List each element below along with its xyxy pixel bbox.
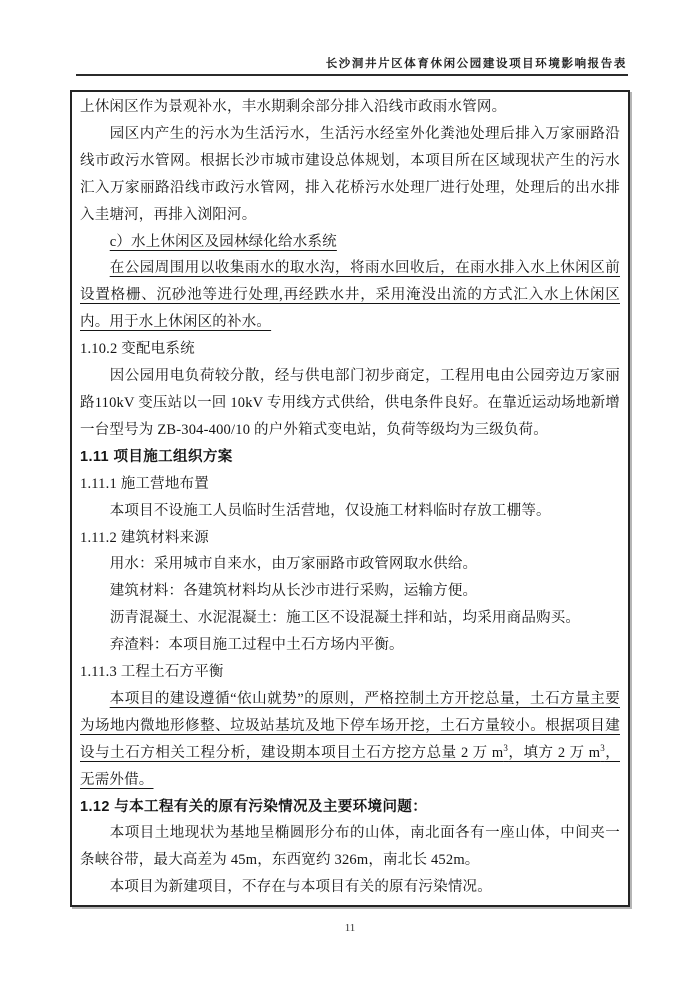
paragraph-water-supply: 用水：采用城市自来水，由万家丽路市政管网取水供给。 [80,551,620,578]
paragraph-surroundings: 根据对本项目周边环境状况调查，周边无工矿企业，周边主要环境问题为公路交通 [80,901,620,907]
paragraph-new-project: 本项目为新建项目，不存在与本项目有关的原有污染情况。 [80,874,620,901]
paragraph-earthwork: 本项目的建设遵循“依山就势”的原则，严格控制土方开挖总量，土石方量主要为场地内微… [80,686,620,794]
content-box: 上休闲区作为景观补水，丰水期剩余部分排入沿线市政雨水管网。 园区内产生的污水为生… [70,90,630,907]
paragraph-building-materials: 建筑材料：各建筑材料均从长沙市进行采购，运输方便。 [80,578,620,605]
paragraph-camp: 本项目不设施工人员临时生活营地，仅设施工材料临时存放工棚等。 [80,498,620,525]
heading-construction-plan: 1.11 项目施工组织方案 [80,444,620,471]
heading-earthwork-balance: 1.11.3 工程土石方平衡 [80,659,620,686]
text-segment: ，填方 2 万 m [508,745,600,761]
paragraph-terrain: 本项目土地现状为基地呈椭圆形分布的山体，南北面各有一座山体，中间夹一条峡谷带，最… [80,820,620,874]
heading-camp-layout: 1.11.1 施工营地布置 [80,471,620,498]
heading-power-system: 1.10.2 变配电系统 [80,336,620,363]
page-header-title: 长沙洞井片区体育休闲公园建设项目环境影响报告表 [326,55,627,71]
page-footer: 11 [0,922,700,934]
heading-original-pollution: 1.12 与本工程有关的原有污染情况及主要环境问题： [80,794,620,821]
header-rule [76,74,628,76]
paragraph-carryover: 上休闲区作为景观补水，丰水期剩余部分排入沿线市政雨水管网。 [80,94,620,121]
paragraph-spoil: 弃渣料：本项目施工过程中土石方场内平衡。 [80,632,620,659]
paragraph-sewage: 园区内产生的污水为生活污水，生活污水经室外化粪池处理后排入万家丽路沿线市政污水管… [80,121,620,229]
heading-material-source: 1.11.2 建筑材料来源 [80,525,620,552]
paragraph-power: 因公园用电负荷较分散，经与供电部门初步商定，工程用电由公园旁边万家丽路110kV… [80,363,620,444]
document-page: 长沙洞井片区体育休闲公园建设项目环境影响报告表 上休闲区作为景观补水，丰水期剩余… [0,0,700,989]
paragraph-rainwater: 在公园周围用以收集雨水的取水沟，将雨水回收后，在雨水排入水上休闲区前设置格栅、沉… [80,255,620,336]
paragraph-concrete: 沥青混凝土、水泥混凝土：施工区不设混凝土拌和站，均采用商品购买。 [80,605,620,632]
heading-water-system: c）水上休闲区及园林绿化给水系统 [80,229,620,256]
page-number: 11 [345,922,356,934]
